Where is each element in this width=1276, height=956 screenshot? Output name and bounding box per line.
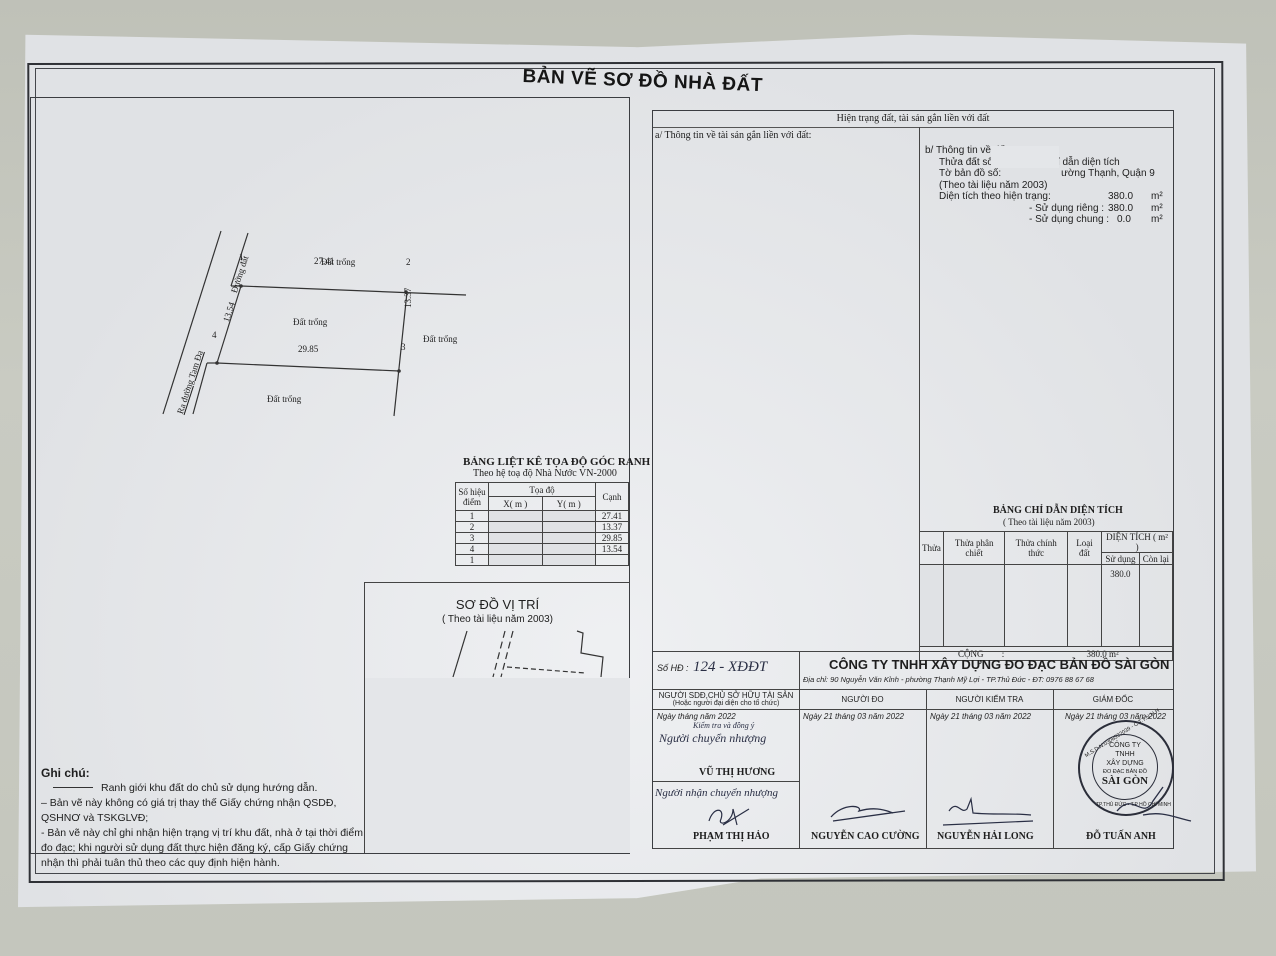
notes-title: Ghi chú: [41,766,371,781]
location-map: SƠ ĐỒ VỊ TRÍ ( Theo tài liệu năm 2003) [364,582,630,853]
area-table: Thửa Thửa phân chiết Thửa chính thức Loạ… [919,531,1173,661]
signature-surveyor [823,799,913,825]
location-sketch [445,627,625,679]
sheet-value: ường Thạnh, Quận 9 [1001,168,1155,179]
label-south: Đất trống [267,394,301,404]
col-point: Số hiệu điểm [456,483,489,511]
coord-table-subtitle: Theo hệ toạ độ Nhà Nước VN-2000 [473,468,617,479]
col-coords: Tọa độ [489,483,596,497]
date-inspector: Ngày 21 tháng 03 năm 2022 [930,712,1031,721]
location-map-subtitle: ( Theo tài liệu năm 2003) [365,614,630,625]
col-remaining: Còn lại [1139,553,1172,565]
edge-3-4: 29.85 [298,344,318,354]
date-surveyor: Ngày 21 tháng 03 năm 2022 [803,712,904,721]
col-x: X( m ) [489,497,543,511]
company-stamp: M.S.D.N:0308532039 - C.T.T.N.H.H CÔNG TY… [1078,720,1174,816]
col-used: Sử dụng [1102,553,1140,565]
asset-info-label: a/ Thông tin về tài sản gắn liền với đất… [655,130,811,141]
col-official-parcel: Thửa chính thức [1005,532,1068,565]
name-surveyor: NGUYỄN CAO CƯỜNG [811,831,920,842]
left-panel: Đất trống Đất trống Đất trống Đất trống … [30,97,630,854]
col-sub-parcel: Thửa phân chiết [943,532,1005,565]
coord-row: 329.85 [456,533,629,544]
contract-cell: Số HĐ : 124 - XĐĐT [653,651,800,689]
coord-table: Số hiệu điểm Tọa độ Cạnh X( m ) Y( m ) 1… [455,482,629,566]
coord-table-title: BẢNG LIỆT KÊ TỌA ĐỘ GÓC RANH [463,456,650,468]
signature-inspector [933,791,1043,827]
role-inspector: NGƯỜI KIỂM TRA [926,695,1053,704]
area-table-subtitle: ( Theo tài liệu năm 2003) [1003,517,1095,527]
notes-line-1: – Bản vẽ này không có giá trị thay thế G… [41,796,371,826]
date-owner: Ngày tháng năm 2022 [657,712,736,721]
area-table-title: BẢNG CHỈ DẪN DIỆN TÍCH [993,505,1123,516]
name-seller: VŨ THỊ HƯƠNG [699,767,775,778]
notes-legend: Ranh giới khu đất do chủ sử dụng hướng d… [41,781,371,796]
redacted-area [365,678,630,853]
company-address: Địa chỉ: 90 Nguyễn Văn Kỉnh - phường Thạ… [803,675,1094,684]
col-edge: Cạnh [596,483,629,511]
private-value: 380.0 [1108,203,1133,215]
edge-1-2: 27.41 [314,256,334,266]
shared-value: 0.0 [1117,214,1131,226]
col-y: Y( m ) [542,497,596,511]
label-center: Đất trống [293,317,327,327]
company-name: CÔNG TY TNHH XÂY DỰNG ĐO ĐẠC BẢN ĐỒ SÀI … [829,657,1169,672]
col-area: DIỆN TÍCH ( m² ) [1102,532,1173,553]
coord-row: 413.54 [456,544,629,555]
point-4: 4 [212,330,217,340]
notes-section: Ghi chú: Ranh giới khu đất do chủ sử dụn… [41,766,371,871]
signature-buyer [703,801,753,829]
coord-row: 213.37 [456,522,629,533]
coord-row: 1 [456,555,629,566]
name-inspector: NGUYỄN HẢI LONG [937,831,1034,842]
point-1: 1 [239,252,244,262]
contract-number: 124 - XĐĐT [693,659,767,676]
point-2: 2 [406,257,411,267]
role-surveyor: NGƯỜI ĐO [799,695,926,704]
area-value: 380.0 [1108,191,1133,203]
col-land-type: Loại đất [1067,532,1101,565]
coord-row: 127.41 [456,511,629,522]
boundary-line-icon [53,787,93,788]
used-value: 380.0 [1102,565,1140,647]
label-east: Đất trống [423,334,457,344]
col-parcel: Thửa [920,532,944,565]
point-3: 3 [401,342,406,352]
status-header: Hiện trạng đất, tài sản gắn liền với đất [653,111,1173,128]
location-map-title: SƠ ĐỒ VỊ TRÍ [365,597,630,612]
role-owner: NGƯỜI SDĐ,CHỦ SỞ HỮU TÀI SẢN (Hoặc người… [653,692,799,708]
role-director: GIÁM ĐỐC [1053,695,1173,704]
notes-line-2: - Bản vẽ này chỉ ghi nhận hiện trạng vị … [41,826,371,871]
edge-2-3: 13.37 [403,288,413,308]
area-row: 380.0 [920,565,1173,647]
name-director: ĐỖ TUẤN ANH [1086,831,1156,842]
name-buyer: PHẠM THỊ HẢO [693,831,769,842]
